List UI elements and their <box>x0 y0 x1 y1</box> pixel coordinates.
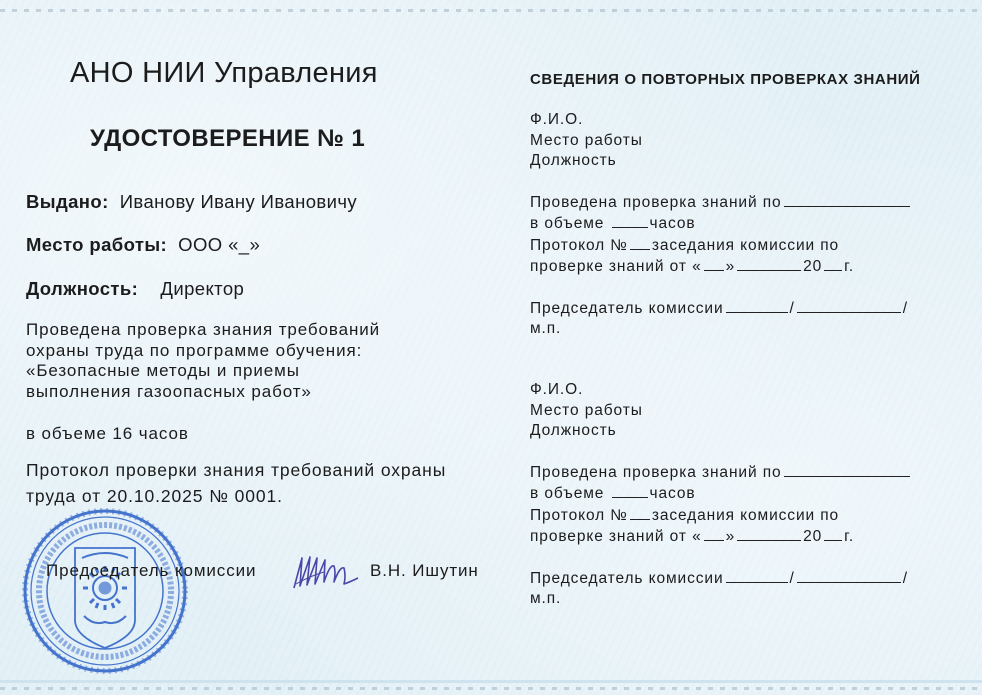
program-line: охраны труда по программе обучения: <box>26 341 380 362</box>
program-line: «Безопасные методы и приемы <box>26 361 380 382</box>
certificate-title: УДОСТОВЕРЕНИЕ № 1 <box>90 125 365 153</box>
program-line: Проведена проверка знания требований <box>26 320 380 341</box>
issued-to-value: Иванову Ивану Ивановичу <box>120 191 357 212</box>
hours-blank[interactable] <box>612 213 648 228</box>
signature-blank[interactable] <box>726 568 788 583</box>
chairman-name: В.Н. Ишутин <box>370 561 479 581</box>
hours-blank[interactable] <box>612 483 648 498</box>
bottom-edge <box>0 680 982 683</box>
protocol-line: Протокол №заседания комиссии по <box>530 505 912 527</box>
name-blank[interactable] <box>797 568 901 583</box>
volume-line: в объеме часов <box>530 483 912 505</box>
name-blank[interactable] <box>797 298 901 313</box>
program-text: Проведена проверка знания требований охр… <box>26 320 380 402</box>
protocol-number-blank[interactable] <box>630 235 650 250</box>
chairman-label: Председатель комиссии <box>46 561 256 581</box>
protocol-line: Протокол №заседания комиссии по <box>530 235 912 257</box>
top-stitch-border <box>0 9 982 12</box>
date-line: проверке знаний от «»20г. <box>530 526 912 548</box>
workplace-field: Место работы: ООО «_» <box>26 234 260 256</box>
year-blank[interactable] <box>824 256 842 271</box>
position-label: Должность <box>530 421 912 442</box>
signature-blank[interactable] <box>726 298 788 313</box>
protocol-text: Протокол проверки знания требований охра… <box>26 457 446 509</box>
chairman-line: Председатель комиссии// <box>530 298 912 320</box>
seal-label: м.п. <box>530 319 912 340</box>
check-line: Проведена проверка знаний по <box>530 192 912 214</box>
fio-label: Ф.И.О. <box>530 110 912 131</box>
protocol-line: труда от 20.10.2025 № 0001. <box>26 483 446 509</box>
bottom-stitch-border <box>0 687 982 690</box>
month-blank[interactable] <box>737 256 801 271</box>
handwritten-signature-icon <box>290 552 360 592</box>
issued-to-label: Выдано: <box>26 191 109 212</box>
volume-line: в объеме часов <box>530 213 912 235</box>
subject-blank[interactable] <box>784 462 910 477</box>
fio-label: Ф.И.О. <box>530 380 912 401</box>
workplace-value: ООО «_» <box>178 234 260 255</box>
month-blank[interactable] <box>737 526 801 541</box>
position-value: Директор <box>160 278 244 299</box>
day-blank[interactable] <box>704 526 724 541</box>
issued-to-field: Выдано: Иванову Ивану Ивановичу <box>26 191 357 213</box>
check-line: Проведена проверка знаний по <box>530 462 912 484</box>
repeat-checks-title: СВЕДЕНИЯ О ПОВТОРНЫХ ПРОВЕРКАХ ЗНАНИЙ <box>530 71 921 88</box>
seal-label: м.п. <box>530 589 912 610</box>
repeat-check-entry-1: Ф.И.О. Место работы Должность Проведена … <box>530 110 912 340</box>
chairman-line: Председатель комиссии// <box>530 568 912 590</box>
position-label: Должность <box>530 151 912 172</box>
round-seal-stamp-icon <box>22 508 188 674</box>
workplace-label: Место работы <box>530 401 912 422</box>
volume-text: в объеме 16 часов <box>26 424 189 445</box>
year-blank[interactable] <box>824 526 842 541</box>
day-blank[interactable] <box>704 256 724 271</box>
program-line: выполнения газоопасных работ» <box>26 382 380 403</box>
position-label: Должность: <box>26 278 138 299</box>
repeat-check-entry-2: Ф.И.О. Место работы Должность Проведена … <box>530 380 912 610</box>
protocol-line: Протокол проверки знания требований охра… <box>26 457 446 483</box>
protocol-number-blank[interactable] <box>630 505 650 520</box>
position-field: Должность: Директор <box>26 278 244 300</box>
workplace-label: Место работы <box>530 131 912 152</box>
subject-blank[interactable] <box>784 192 910 207</box>
workplace-label: Место работы: <box>26 234 167 255</box>
organization-name: АНО НИИ Управления <box>70 57 378 90</box>
date-line: проверке знаний от «»20г. <box>530 256 912 278</box>
